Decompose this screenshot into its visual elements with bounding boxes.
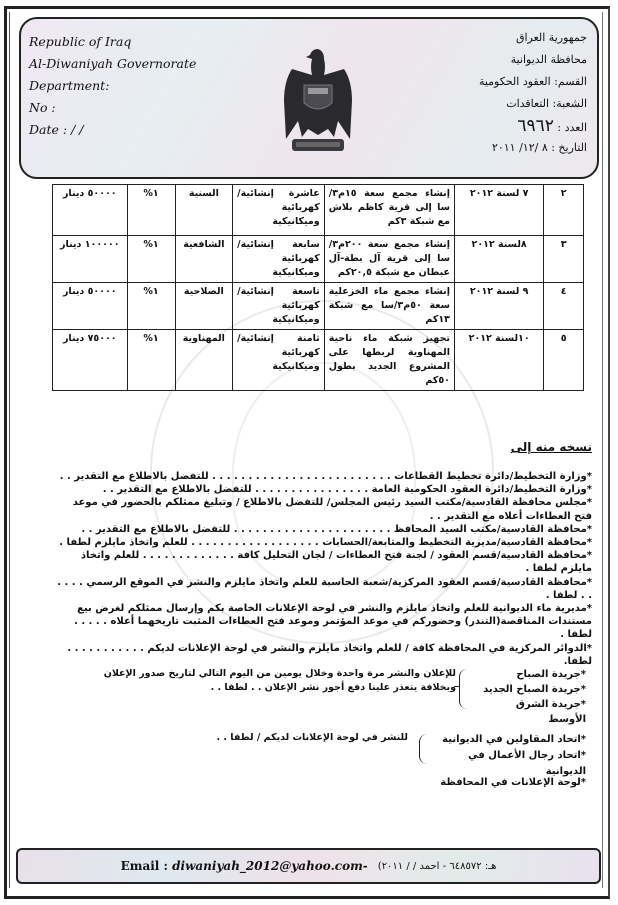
letterhead-arabic: جمهورية العراق محافظة الديوانية القسم: ا… bbox=[387, 27, 587, 159]
tender-period: ١٠لسنة ٢٠١٢ bbox=[454, 330, 543, 391]
brace-icon bbox=[419, 734, 430, 764]
project-description: إنشاء مجمع سعة ١٥م٣/سا إلى قرية كاظم بلا… bbox=[324, 185, 454, 236]
copy-recipient: *وزارة التخطيط/دائرة تخطيط القطاعات . . … bbox=[52, 470, 592, 483]
number-value: ٦٩٦٢ bbox=[517, 116, 554, 136]
union-list: *اتحاد المقاولين في الديوانية *اتحاد رجا… bbox=[436, 732, 586, 780]
copy-recipient: *مجلس محافظة القادسية/مكتب السيد رئيس ال… bbox=[52, 496, 592, 522]
document-price: ٧٥٠٠٠ دينار bbox=[53, 330, 128, 391]
iraq-eagle-emblem-icon bbox=[268, 41, 368, 161]
copy-recipient: *وزارة التخطيط/دائرة العقود الحكومية الع… bbox=[52, 483, 592, 496]
project-location: المهناوية bbox=[175, 330, 233, 391]
date-value: ٨ /١٢/ ٢٠١١ bbox=[492, 141, 548, 154]
footer-contact-box: Email : diwaniyah_2012@yahoo.com - هـ: ٦… bbox=[16, 848, 601, 884]
contractor-classification: سابعة إنشائية/ كهربائية وميكانيكية bbox=[233, 236, 325, 283]
number-label-en: No : bbox=[29, 97, 259, 119]
reference-date: التاريخ : ٨ /١٢/ ٢٠١١ bbox=[387, 137, 587, 159]
division-ar: الشعبة: التعاقدات bbox=[387, 93, 587, 115]
document-price: ٥٠٠٠٠ دينار bbox=[53, 283, 128, 330]
contractor-classification: عاشرة إنشائية/ كهربائية وميكانيكية bbox=[233, 185, 325, 236]
project-description: إنشاء مجمع سعة ٢٠٠م٣/سا إلى قرية آل بطة-… bbox=[324, 236, 454, 283]
number-label-ar: العدد : bbox=[557, 121, 587, 134]
guarantee-percent: ١% bbox=[127, 185, 175, 236]
date-label-en: Date : / / bbox=[29, 119, 259, 141]
email-label: Email : bbox=[121, 859, 168, 873]
copy-recipient: *محافظة القادسية/قسم العقود المركزية/شعب… bbox=[52, 576, 592, 602]
table-row: ٤ ٩ لسنة ٢٠١٢ إنشاء مجمع ماء الخزعلية سع… bbox=[53, 283, 584, 330]
union-item: *اتحاد رجال الأعمال في الديوانية bbox=[436, 748, 586, 780]
copy-recipient: *محافظة القادسية/قسم العقود / لجنة فتح ا… bbox=[52, 549, 592, 575]
department-ar: القسم: العقود الحكومية bbox=[387, 71, 587, 93]
tender-period: ٨لسنة ٢٠١٢ bbox=[454, 236, 543, 283]
document-price: ١٠٠٠٠٠ دينار bbox=[53, 236, 128, 283]
row-number: ٥ bbox=[544, 330, 584, 391]
reference-number: العدد : ٦٩٦٢ bbox=[387, 115, 587, 137]
project-description: تجهيز شبكة ماء ناحية المهناوية لربطها عل… bbox=[324, 330, 454, 391]
union-instruction: للنشر في لوحة الإعلانات لديكم / لطفا . . bbox=[168, 732, 408, 743]
country-ar: جمهورية العراق bbox=[387, 27, 587, 49]
document-price: ٥٠٠٠٠ دينار bbox=[53, 185, 128, 236]
footer-phone-date: هـ: ٦٤٨٥٧٢ - احمد / / ٢٠١١) bbox=[378, 861, 497, 872]
notice-board-recipient: *لوحة الإعلانات في المحافظة bbox=[440, 777, 586, 788]
governorate-en: Al-Diwaniyah Governorate bbox=[29, 53, 259, 75]
row-number: ٤ bbox=[544, 283, 584, 330]
contractor-classification: ثامنة إنشائية/ كهربائية وميكانيكية bbox=[233, 330, 325, 391]
copy-to-heading: نسخه منه إلى bbox=[52, 440, 592, 456]
copy-to-section: نسخه منه إلى *وزارة التخطيط/دائرة تخطيط … bbox=[52, 440, 592, 668]
department-label-en: Department: bbox=[29, 75, 259, 97]
newspaper-item: *جريدة الصباح bbox=[476, 667, 586, 682]
letterhead: Republic of Iraq Al-Diwaniyah Governorat… bbox=[19, 17, 599, 179]
tender-period: ٧ لسنة ٢٠١٢ bbox=[454, 185, 543, 236]
copy-recipient: *الدوائر المركزية في المحافظة كافة / للع… bbox=[52, 642, 592, 668]
project-location: السنية bbox=[175, 185, 233, 236]
brace-icon bbox=[459, 669, 470, 709]
letterhead-english: Republic of Iraq Al-Diwaniyah Governorat… bbox=[29, 31, 259, 141]
project-description: إنشاء مجمع ماء الخزعلية سعة ٥٠م٣/سا مع ش… bbox=[324, 283, 454, 330]
contractor-classification: تاسعة إنشائية/ كهربائية وميكانيكية bbox=[233, 283, 325, 330]
footer-separator: - bbox=[363, 859, 368, 873]
country-en: Republic of Iraq bbox=[29, 31, 259, 53]
row-number: ٣ bbox=[544, 236, 584, 283]
union-item: *اتحاد المقاولين في الديوانية bbox=[436, 732, 586, 748]
newspaper-instruction: للإعلان والنشر مرة واحدة وخلال يومين من … bbox=[96, 667, 456, 695]
project-location: الصلاحية bbox=[175, 283, 233, 330]
table-row: ٥ ١٠لسنة ٢٠١٢ تجهيز شبكة ماء ناحية المهن… bbox=[53, 330, 584, 391]
projects-table: ٢ ٧ لسنة ٢٠١٢ إنشاء مجمع سعة ١٥م٣/سا إلى… bbox=[52, 184, 584, 391]
copy-recipient: *محافظة القادسية/مديرية التخطيط والمتابع… bbox=[52, 536, 592, 549]
email-link[interactable]: diwaniyah_2012@yahoo.com bbox=[172, 859, 363, 873]
guarantee-percent: ١% bbox=[127, 330, 175, 391]
newspaper-list: *جريدة الصباح *جريدة الصباح الجديد *جريد… bbox=[476, 667, 586, 727]
guarantee-percent: ١% bbox=[127, 283, 175, 330]
governorate-ar: محافظة الديوانية bbox=[387, 49, 587, 71]
newspaper-item: *جريدة الصباح الجديد bbox=[476, 682, 586, 697]
copy-recipient: *مديرية ماء الديوانية للعلم واتخاذ مايلز… bbox=[52, 602, 592, 642]
tender-period: ٩ لسنة ٢٠١٢ bbox=[454, 283, 543, 330]
table-row: ٢ ٧ لسنة ٢٠١٢ إنشاء مجمع سعة ١٥م٣/سا إلى… bbox=[53, 185, 584, 236]
guarantee-percent: ١% bbox=[127, 236, 175, 283]
table-row: ٣ ٨لسنة ٢٠١٢ إنشاء مجمع سعة ٢٠٠م٣/سا إلى… bbox=[53, 236, 584, 283]
newspaper-item: *جريدة الشرق الأوسط bbox=[476, 697, 586, 727]
date-label-ar: التاريخ : bbox=[551, 141, 587, 154]
row-number: ٢ bbox=[544, 185, 584, 236]
project-location: الشافعية bbox=[175, 236, 233, 283]
copy-recipient: *محافظة القادسية/مكتب السيد المحافظ . . … bbox=[52, 523, 592, 536]
